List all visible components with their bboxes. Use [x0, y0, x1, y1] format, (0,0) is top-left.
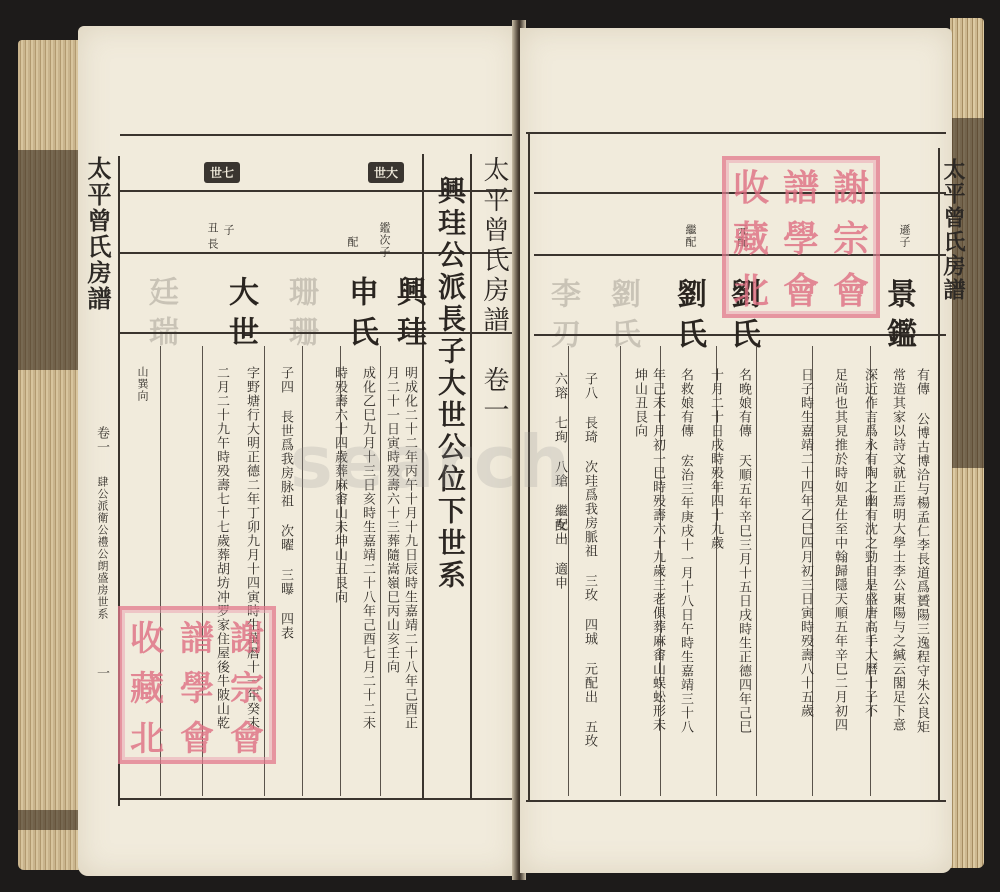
- watermark-text: search: [290, 420, 572, 504]
- relation-label: 遜子: [896, 224, 912, 248]
- page-number: 一: [92, 666, 111, 680]
- bio-column: 名救娘有傳 宏治三年庚戌十一月十八日午時生嘉靖三十八: [676, 368, 695, 734]
- children-column: 子八 長琦 次珪爲我房脈祖 三玫 四珹 元配出 五玫: [580, 372, 599, 748]
- collection-seal: 謝宗會 譜學會 收藏北: [118, 606, 276, 764]
- rank-label: 長: [204, 238, 220, 250]
- bio-column: 深近作言爲永有陶之幽有沈之勁自是盛唐高手大曆十子不: [860, 368, 879, 718]
- spouse-name: 申氏: [338, 276, 382, 356]
- person-name: 興珪: [386, 276, 430, 356]
- book-title-spine: 太平曾氏房譜: [80, 156, 115, 312]
- bio-column: 坤山丑艮向: [630, 368, 649, 438]
- bio-column: 日子時生嘉靖二十四年乙巳四月初三日寅時殁壽八十五歲: [796, 368, 815, 718]
- collection-seal: 謝宗會 譜學會 收藏北: [722, 156, 880, 318]
- spouse-name: 劉氏: [666, 278, 710, 358]
- section-heading: 興珪公派長子大世公位下世系: [430, 176, 470, 592]
- generation-badge-da: 世大: [368, 162, 404, 183]
- bio-column: 年己未十月初一巳時殁壽六十九歲三老俱葬麻畬山蜈蚣形未: [648, 368, 667, 732]
- bio-column: 有傳 公博古博洽与楊孟仁李長道爲贇陽三逸程守朱公良矩: [912, 368, 931, 734]
- section-label: 肆公派衛公禮公朗盛房世系: [94, 476, 110, 620]
- relation-label: 子: [220, 224, 236, 236]
- person-name: 大世: [218, 276, 262, 356]
- spouse-label: 配: [344, 236, 360, 248]
- bio-column: 十月二十日戌時殁年四十九歲: [706, 368, 725, 550]
- bio-column: 月二十一日寅時殁壽六十三葬隨嵩嶺巳丙山亥壬向: [382, 366, 401, 674]
- bio-column: 常造其家以詩文就正焉明大學士李公東陽与之緘云閣足下意: [888, 368, 907, 732]
- right-page-edges: [950, 18, 984, 868]
- burial-note: 山巽向: [134, 366, 150, 402]
- rank-label: 丑: [204, 222, 220, 234]
- book-title: 太平曾氏房譜 卷一: [476, 156, 513, 426]
- relation-label: 鑑次子: [376, 222, 392, 258]
- bio-column: 足尚也其見推於時如是仕至中翰歸隱天順五年辛巳二月初四: [830, 368, 849, 732]
- person-name: 景鑑: [876, 278, 920, 358]
- book-title-spine-right: 太平曾氏房譜: [938, 158, 969, 302]
- right-page: 遜子 元配 繼配 景鑑 劉氏 劉氏 李刃 劉氏 有傳 公博古博洽与楊孟仁李長道爲…: [520, 28, 952, 873]
- daughter-column: 女一 適申: [550, 518, 569, 590]
- volume-label: 卷一: [92, 426, 111, 454]
- book-scan: 太平曾氏房譜 卷一 肆公派衛公禮公朗盛房世系 一 世七 世大 子 丑 長 鑑次子…: [0, 0, 1000, 892]
- left-page-edges: [18, 40, 80, 870]
- generation-badge-7: 世七: [204, 162, 240, 183]
- relation-label: 繼配: [682, 224, 698, 248]
- bio-column: 名晚娘有傳 天順五年辛巳三月十五日戌時生正德四年己巳: [734, 368, 753, 734]
